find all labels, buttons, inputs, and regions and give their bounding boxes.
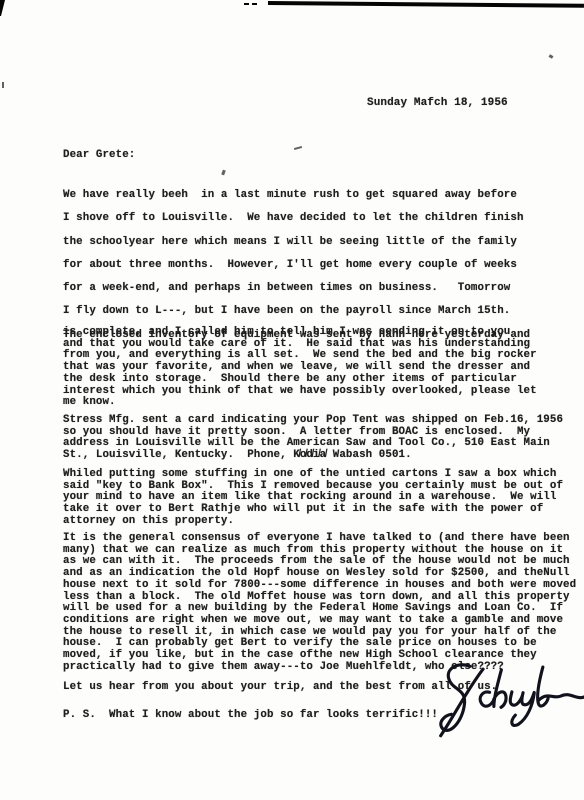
scanned-letter-page: Sunday Mafch 18, 1956 Dear Grete: We hav… — [0, 0, 584, 800]
scan-edge-artifact-dash-1 — [244, 3, 249, 5]
scan-speck-3 — [2, 82, 4, 88]
scan-edge-artifact-top-line — [268, 1, 584, 8]
letter-closing-line: Let us hear from you about your trip, an… — [63, 682, 497, 694]
scan-speck-1 — [294, 146, 302, 150]
letter-paragraph-2: is complete, and I called him to tell hi… — [63, 327, 537, 409]
scan-edge-artifact-dash-2 — [252, 3, 257, 5]
scan-corner-artifact-top-left — [0, 0, 5, 16]
letter-date: Sunday Mafch 18, 1956 — [367, 96, 508, 110]
letter-greeting: Dear Grete: — [63, 150, 135, 162]
letter-postscript: P. S. What I know about the job so far l… — [63, 710, 438, 722]
scan-speck-4 — [549, 54, 554, 59]
signature-stroke — [439, 663, 584, 736]
letter-paragraph-4: Whiled putting some stuffing in one of t… — [63, 469, 563, 528]
letter-paragraph-3: Stress Mfg. sent a card indicating your … — [63, 415, 563, 462]
letter-paragraph-1: We have really beeh in a last minute rus… — [63, 184, 530, 347]
scan-speck-2 — [221, 170, 226, 176]
handwritten-signature — [435, 657, 584, 742]
letter-paragraph-5: It is the general consensus of everyone … — [63, 533, 576, 673]
